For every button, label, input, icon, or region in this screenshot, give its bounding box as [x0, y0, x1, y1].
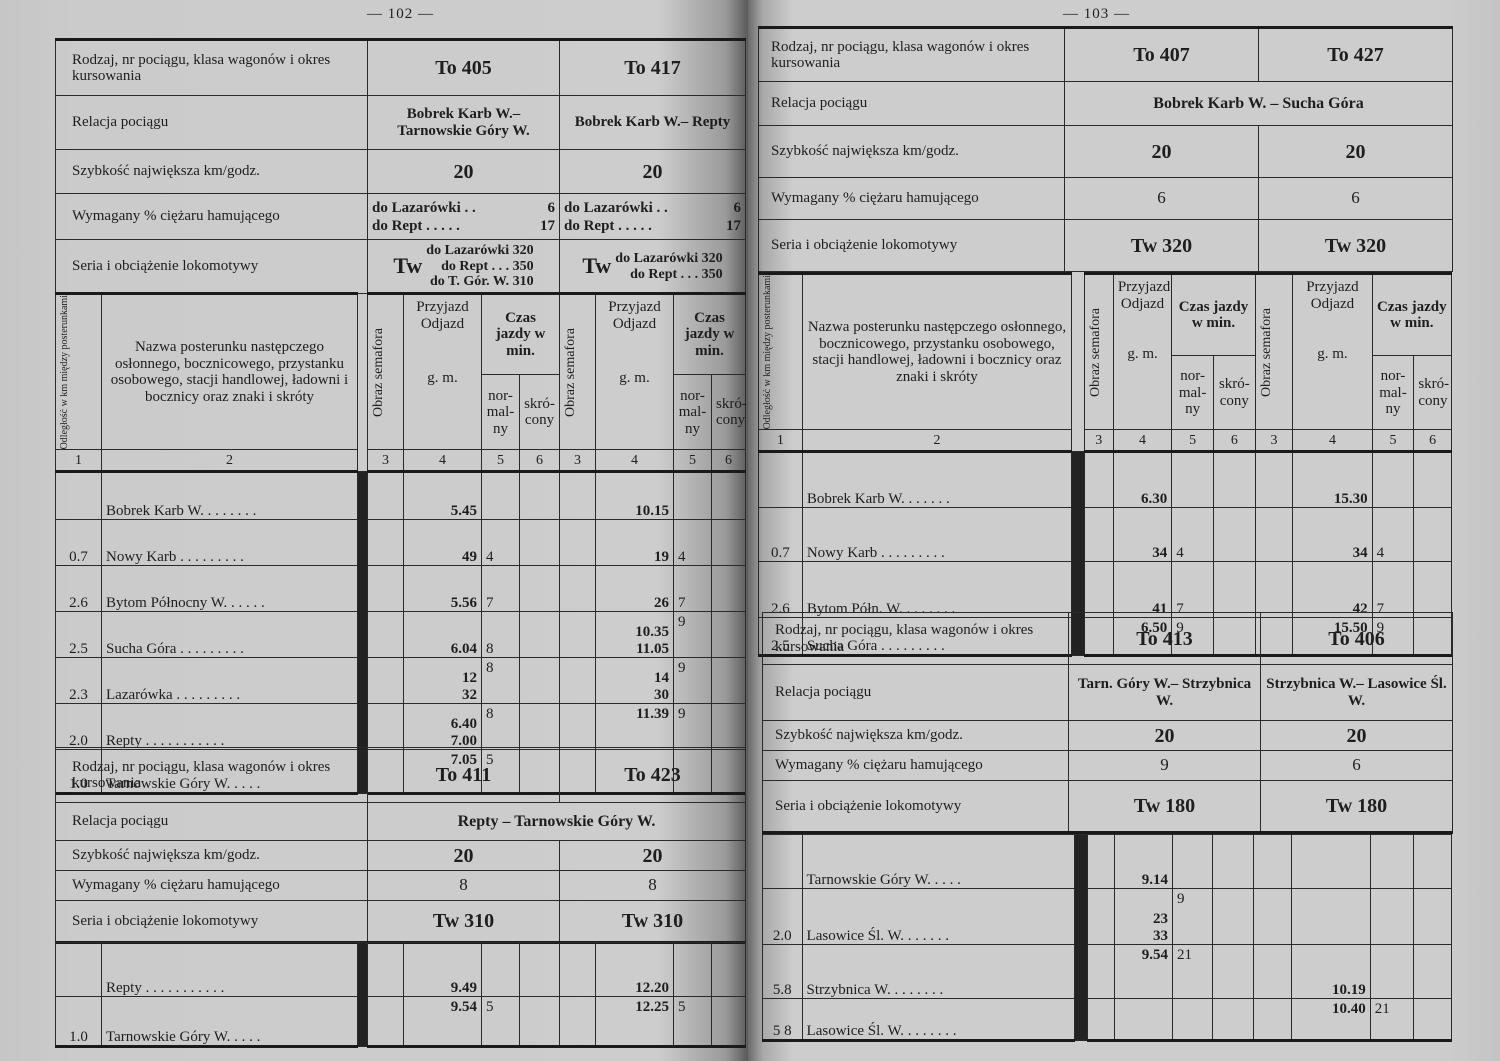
- train-header-table-407-427: Rodzaj, nr pociągu, klasa wagonów i okre…: [758, 26, 1453, 272]
- runtime-value: 5: [482, 997, 520, 1047]
- runtime-value: [482, 472, 520, 520]
- station-name: Repty . . . . . . . . . . .: [102, 943, 358, 997]
- col-number: 2: [102, 450, 358, 472]
- label-max-speed: Szybkość największa km/godz.: [56, 841, 368, 871]
- col-number: 2: [802, 430, 1071, 452]
- runtime-value: [1370, 889, 1414, 945]
- brake-value: 6: [1261, 751, 1453, 781]
- loco-target: do Rept . . .: [441, 259, 509, 274]
- time-value: 10.19: [1291, 945, 1370, 999]
- col-normal-header: nor-mal-ny: [482, 375, 520, 450]
- timetable-405-417: Odległość w km między posterunkami Nazwa…: [55, 292, 746, 795]
- time-value: 23 33: [1114, 889, 1172, 945]
- station-km: 0.7: [759, 508, 803, 562]
- label-max-speed: Szybkość największa km/godz.: [759, 126, 1065, 178]
- label-train-type: Rodzaj, nr pociągu, klasa wagonów i okre…: [763, 613, 1069, 665]
- station-km: 1.0: [56, 997, 102, 1047]
- time-value: [1114, 999, 1172, 1041]
- time-value: 10.35 11.05: [596, 612, 674, 658]
- table-row: 2.6 Bytom Półn. W. . . . . . . . 41 7 42…: [759, 562, 1452, 618]
- timetable-413-406: Tarnowskie Góry W. . . . . 9.14 2.0 Laso…: [762, 834, 1452, 1042]
- runtime-value: 4: [674, 520, 712, 566]
- loco-series: Tw: [582, 254, 611, 278]
- station-km: 0.7: [56, 520, 102, 566]
- brake-target: do Lazarówki . .: [372, 199, 476, 217]
- runtime-value: 4: [1372, 508, 1414, 562]
- label-brake-weight: Wymagany % ciężaru hamującego: [763, 751, 1069, 781]
- col-number: 6: [712, 450, 746, 472]
- station-km: 2.0: [56, 704, 102, 750]
- table-row: 0.7 Nowy Karb . . . . . . . . . 49 4 19 …: [56, 520, 746, 566]
- runtime-value: 7: [482, 566, 520, 612]
- speed-value: 20: [368, 841, 560, 871]
- label-brake-weight: Wymagany % ciężaru hamującego: [56, 194, 368, 240]
- time-value: 34: [1293, 508, 1372, 562]
- col-normal-header: nor-mal-ny: [1372, 356, 1414, 430]
- table-row: 2.5 Sucha Góra . . . . . . . . . 6.04 8 …: [56, 612, 746, 658]
- station-km: [56, 943, 102, 997]
- time-value: 9.49: [404, 943, 482, 997]
- label-train-type: Rodzaj, nr pociągu, klasa wagonów i okre…: [56, 748, 368, 803]
- col-runtime-header: Czas jazdy w min.: [1372, 274, 1451, 356]
- label-train-type: Rodzaj, nr pociągu, klasa wagonów i okre…: [759, 28, 1065, 82]
- col-number: 3: [368, 450, 404, 472]
- runtime-value: [674, 943, 712, 997]
- runtime-value: [482, 943, 520, 997]
- brake-target: do Lazarówki . .: [564, 199, 668, 217]
- brake-value: 6: [1065, 178, 1259, 220]
- col-number: 4: [1293, 430, 1372, 452]
- loco-target: do Lazarówki: [426, 243, 509, 258]
- col-distance-header: Odległość w km między posterunkami: [759, 274, 803, 430]
- runtime-value: 9: [674, 612, 712, 658]
- table-row: Tarnowskie Góry W. . . . . 9.14: [763, 835, 1452, 889]
- col-number: 5: [1372, 430, 1414, 452]
- speed-value: 20: [560, 841, 746, 871]
- station-km: 2.6: [759, 562, 803, 618]
- label-relation: Relacja pociągu: [56, 803, 368, 841]
- col-number: 3: [560, 450, 596, 472]
- label-loco-series: Seria i obciążenie lokomotywy: [56, 901, 368, 943]
- semaphore-bar: [358, 472, 368, 794]
- brake-values: do Lazarówki . .6 do Rept . . . . .17: [368, 194, 560, 240]
- station-name: Tarnowskie Góry W. . . . .: [102, 997, 358, 1047]
- loco-value: Tw 310: [368, 901, 560, 943]
- station-km: [759, 452, 803, 508]
- brake-value: 6: [734, 199, 742, 217]
- station-name: Lasowice Śl. W. . . . . . .: [802, 889, 1075, 945]
- runtime-value: 7: [1172, 562, 1214, 618]
- station-km: [763, 835, 803, 889]
- train-header-table-411-423: Rodzaj, nr pociągu, klasa wagonów i okre…: [55, 747, 746, 944]
- col-normal-header: nor-mal-ny: [674, 375, 712, 450]
- col-semaphore-header: Obraz semafora: [368, 294, 404, 450]
- loco-value: Tw 320: [1065, 220, 1259, 272]
- brake-target: do Rept . . . . .: [564, 217, 652, 235]
- time-value: [1291, 889, 1370, 945]
- label-relation: Relacja pociągu: [763, 665, 1069, 721]
- loco-target: do T. Gór. W.: [430, 274, 509, 289]
- col-number: 1: [56, 450, 102, 472]
- station-km: 5.8: [763, 945, 803, 999]
- table-row: Bobrek Karb W. . . . . . . . 5.45 10.15: [56, 472, 746, 520]
- brake-value: 8: [368, 871, 560, 901]
- speed-value: 20: [1065, 126, 1259, 178]
- runtime-value: [1370, 835, 1414, 889]
- loco-target: do Rept . . .: [630, 267, 698, 282]
- label-loco-series: Seria i obciążenie lokomotywy: [56, 240, 368, 294]
- runtime-value: [1172, 452, 1214, 508]
- loco-value: Tw 180: [1069, 781, 1261, 833]
- table-row: Bobrek Karb W. . . . . . . 6.30 15.30: [759, 452, 1452, 508]
- col-number: 4: [596, 450, 674, 472]
- table-row: 2.0 Lasowice Śl. W. . . . . . . 23 33 9: [763, 889, 1452, 945]
- time-value: 12.20: [596, 943, 674, 997]
- train-relation: Repty – Tarnowskie Góry W.: [368, 803, 746, 841]
- col-short-header: skró-cony: [1414, 356, 1452, 430]
- station-name: Bobrek Karb W. . . . . . .: [802, 452, 1071, 508]
- time-value: 26: [596, 566, 674, 612]
- runtime-value: [674, 472, 712, 520]
- table-row: 0.7 Nowy Karb . . . . . . . . . 34 4 34 …: [759, 508, 1452, 562]
- time-value: 10.15: [596, 472, 674, 520]
- runtime-value: 8: [482, 658, 520, 704]
- time-value: 6.40 7.00: [404, 704, 482, 750]
- col-arrival-header: Przyjazd Odjazdg. m.: [596, 294, 674, 450]
- train-header-table-405-417: Rodzaj, nr pociągu, klasa wagonów i okre…: [55, 38, 746, 294]
- brake-target: do Rept . . . . .: [372, 217, 460, 235]
- time-value: 12.25: [596, 997, 674, 1047]
- brake-value: 17: [540, 217, 555, 235]
- loco-value: Tw 310: [560, 901, 746, 943]
- train-number: To 411: [368, 748, 560, 803]
- station-km: 2.0: [763, 889, 803, 945]
- train-relation: Bobrek Karb W.– Tarnowskie Góry W.: [368, 96, 560, 150]
- train-number: To 423: [560, 748, 746, 803]
- train-relation: Tarn. Góry W.– Strzybnica W.: [1069, 665, 1261, 721]
- time-value: 6.04: [404, 612, 482, 658]
- runtime-value: [1173, 999, 1213, 1041]
- station-km: 2.3: [56, 658, 102, 704]
- loco-load: 310: [513, 274, 534, 289]
- station-name: Tarnowskie Góry W. . . . .: [802, 835, 1075, 889]
- speed-value: 20: [368, 150, 560, 194]
- time-value: 49: [404, 520, 482, 566]
- col-number: 5: [674, 450, 712, 472]
- timetable-411-423: Repty . . . . . . . . . . . 9.49 12.20 1…: [55, 942, 746, 1048]
- runtime-value: 9: [1173, 889, 1213, 945]
- label-brake-weight: Wymagany % ciężaru hamującego: [759, 178, 1065, 220]
- runtime-value: 4: [1172, 508, 1214, 562]
- time-value: 41: [1113, 562, 1171, 618]
- loco-values: Tw do Lazarówki 320 do Rept . . . 350: [560, 240, 746, 294]
- col-semaphore-header: Obraz semafora: [1255, 274, 1293, 430]
- col-runtime-header: Czas jazdy w min.: [1172, 274, 1255, 356]
- loco-load: 350: [702, 267, 723, 282]
- time-value: 19: [596, 520, 674, 566]
- col-short-header: skró-cony: [1213, 356, 1255, 430]
- station-name: Bytom Półn. W. . . . . . . .: [802, 562, 1071, 618]
- col-number: 6: [1213, 430, 1255, 452]
- brake-value: 6: [1259, 178, 1453, 220]
- station-name: Sucha Góra . . . . . . . . .: [102, 612, 358, 658]
- station-name: Strzybnica W. . . . . . . .: [802, 945, 1075, 999]
- station-km: 2.5: [56, 612, 102, 658]
- semaphore-bar: [1075, 835, 1087, 1041]
- train-number: To 417: [560, 40, 746, 96]
- col-number: 4: [1113, 430, 1171, 452]
- label-train-type: Rodzaj, nr pociągu, klasa wagonów i okre…: [56, 40, 368, 96]
- time-value: 15.30: [1293, 452, 1372, 508]
- table-row: Repty . . . . . . . . . . . 9.49 12.20: [56, 943, 746, 997]
- train-header-table-413-406: Rodzaj, nr pociągu, klasa wagonów i okre…: [762, 612, 1453, 834]
- station-km: [56, 472, 102, 520]
- label-brake-weight: Wymagany % ciężaru hamującego: [56, 871, 368, 901]
- time-value: [1291, 835, 1370, 889]
- time-value: 9.54: [1114, 945, 1172, 999]
- col-runtime-header: Czas jazdy w min.: [482, 294, 560, 375]
- station-name: Nowy Karb . . . . . . . . .: [102, 520, 358, 566]
- col-distance-header: Odległość w km między posterunkami: [56, 294, 102, 450]
- time-value: 42: [1293, 562, 1372, 618]
- runtime-value: 21: [1173, 945, 1213, 999]
- label-relation: Relacja pociągu: [759, 82, 1065, 126]
- time-value: 10.40: [1291, 999, 1370, 1041]
- col-arrival-header: Przyjazd Odjazdg. m.: [1293, 274, 1372, 430]
- runtime-value: 4: [482, 520, 520, 566]
- loco-value: Tw 320: [1259, 220, 1453, 272]
- loco-load: 320: [513, 243, 534, 258]
- label-relation: Relacja pociągu: [56, 96, 368, 150]
- col-short-header: skró-cony: [712, 375, 746, 450]
- label-loco-series: Seria i obciążenie lokomotywy: [763, 781, 1069, 833]
- time-value: 9.14: [1114, 835, 1172, 889]
- runtime-value: 8: [482, 704, 520, 750]
- station-km: 2.6: [56, 566, 102, 612]
- table-row: 5.8 Strzybnica W. . . . . . . . 9.54 21 …: [763, 945, 1452, 999]
- col-number: 3: [1084, 430, 1113, 452]
- label-loco-series: Seria i obciążenie lokomotywy: [759, 220, 1065, 272]
- table-row: 5 8 Lasowice Śl. W. . . . . . . . 10.40 …: [763, 999, 1452, 1041]
- runtime-value: 9: [674, 704, 712, 750]
- col-arrival-header: Przyjazd Odjazdg. m.: [404, 294, 482, 450]
- loco-value: Tw 180: [1261, 781, 1453, 833]
- time-value: 11.39: [596, 704, 674, 750]
- table-row: 1.0 Tarnowskie Góry W. . . . . 9.54 5 12…: [56, 997, 746, 1047]
- speed-value: 20: [1069, 721, 1261, 751]
- time-value: 34: [1113, 508, 1171, 562]
- col-number: 5: [482, 450, 520, 472]
- time-value: 5.56: [404, 566, 482, 612]
- station-km: 5 8: [763, 999, 803, 1041]
- page-103: — 103 — Rodzaj, nr pociągu, klasa wagonó…: [748, 0, 1500, 1061]
- table-row: 2.3 Lazarówka . . . . . . . . . 12 32 8 …: [56, 658, 746, 704]
- col-number: 6: [1414, 430, 1452, 452]
- train-relation: Bobrek Karb W. – Sucha Góra: [1065, 82, 1453, 126]
- col-number: 5: [1172, 430, 1214, 452]
- time-value: 9.54: [404, 997, 482, 1047]
- runtime-value: [1372, 452, 1414, 508]
- col-semaphore-header: Obraz semafora: [560, 294, 596, 450]
- train-number: To 407: [1065, 28, 1259, 82]
- page-102: — 102 — Rodzaj, nr pociągu, klasa wagonó…: [0, 0, 748, 1061]
- loco-series: Tw: [393, 254, 422, 278]
- col-station-header: Nazwa posterunku następczego osłonnego, …: [802, 274, 1071, 430]
- runtime-value: [1173, 835, 1213, 889]
- col-short-header: skró-cony: [520, 375, 560, 450]
- runtime-value: 21: [1370, 999, 1414, 1041]
- col-number: 4: [404, 450, 482, 472]
- loco-load: 350: [513, 259, 534, 274]
- runtime-value: 8: [482, 612, 520, 658]
- col-station-header: Nazwa posterunku następczego osłonnego, …: [102, 294, 358, 450]
- station-name: Repty . . . . . . . . . . .: [102, 704, 358, 750]
- table-row: 2.0 Repty . . . . . . . . . . . 6.40 7.0…: [56, 704, 746, 750]
- col-runtime-header: Czas jazdy w min.: [674, 294, 746, 375]
- col-normal-header: nor-mal-ny: [1172, 356, 1214, 430]
- table-row: 2.6 Bytom Północny W. . . . . . 5.56 7 2…: [56, 566, 746, 612]
- timetable-407-427: Odległość w km między posterunkami Nazwa…: [758, 272, 1452, 657]
- station-name: Lazarówka . . . . . . . . .: [102, 658, 358, 704]
- speed-value: 20: [1259, 126, 1453, 178]
- col-number: 3: [1255, 430, 1293, 452]
- col-semaphore-header: Obraz semafora: [1084, 274, 1113, 430]
- runtime-value: 9: [674, 658, 712, 704]
- time-value: 14 30: [596, 658, 674, 704]
- brake-value: 9: [1069, 751, 1261, 781]
- col-number: 6: [520, 450, 560, 472]
- page-number: — 102 —: [367, 6, 434, 23]
- train-number: To 427: [1259, 28, 1453, 82]
- brake-value: 6: [548, 199, 556, 217]
- runtime-value: 7: [674, 566, 712, 612]
- runtime-value: [1370, 945, 1414, 999]
- page-number: — 103 —: [1063, 6, 1130, 23]
- train-relation: Strzybnica W.– Lasowice Śl. W.: [1261, 665, 1453, 721]
- loco-load: 320: [702, 251, 723, 266]
- time-value: 6.30: [1113, 452, 1171, 508]
- label-max-speed: Szybkość największa km/godz.: [763, 721, 1069, 751]
- train-number: To 413: [1069, 613, 1261, 665]
- train-relation: Bobrek Karb W.– Repty: [560, 96, 746, 150]
- runtime-value: 7: [1372, 562, 1414, 618]
- col-arrival-header: Przyjazd Odjazdg. m.: [1113, 274, 1171, 430]
- time-value: 5.45: [404, 472, 482, 520]
- loco-target: do Lazarówki: [615, 251, 698, 266]
- station-name: Bytom Północny W. . . . . .: [102, 566, 358, 612]
- brake-value: 17: [726, 217, 741, 235]
- brake-value: 8: [560, 871, 746, 901]
- train-number: To 406: [1261, 613, 1453, 665]
- label-max-speed: Szybkość największa km/godz.: [56, 150, 368, 194]
- speed-value: 20: [1261, 721, 1453, 751]
- loco-values: Tw do Lazarówki 320 do Rept . . . 350 do…: [368, 240, 560, 294]
- semaphore-bar: [358, 943, 368, 1047]
- train-number: To 405: [368, 40, 560, 96]
- station-name: Bobrek Karb W. . . . . . . .: [102, 472, 358, 520]
- time-value: 12 32: [404, 658, 482, 704]
- brake-values: do Lazarówki . .6 do Rept . . . . .17: [560, 194, 746, 240]
- runtime-value: 5: [674, 997, 712, 1047]
- station-name: Lasowice Śl. W. . . . . . . .: [802, 999, 1075, 1041]
- station-name: Nowy Karb . . . . . . . . .: [802, 508, 1071, 562]
- col-number: 1: [759, 430, 803, 452]
- speed-value: 20: [560, 150, 746, 194]
